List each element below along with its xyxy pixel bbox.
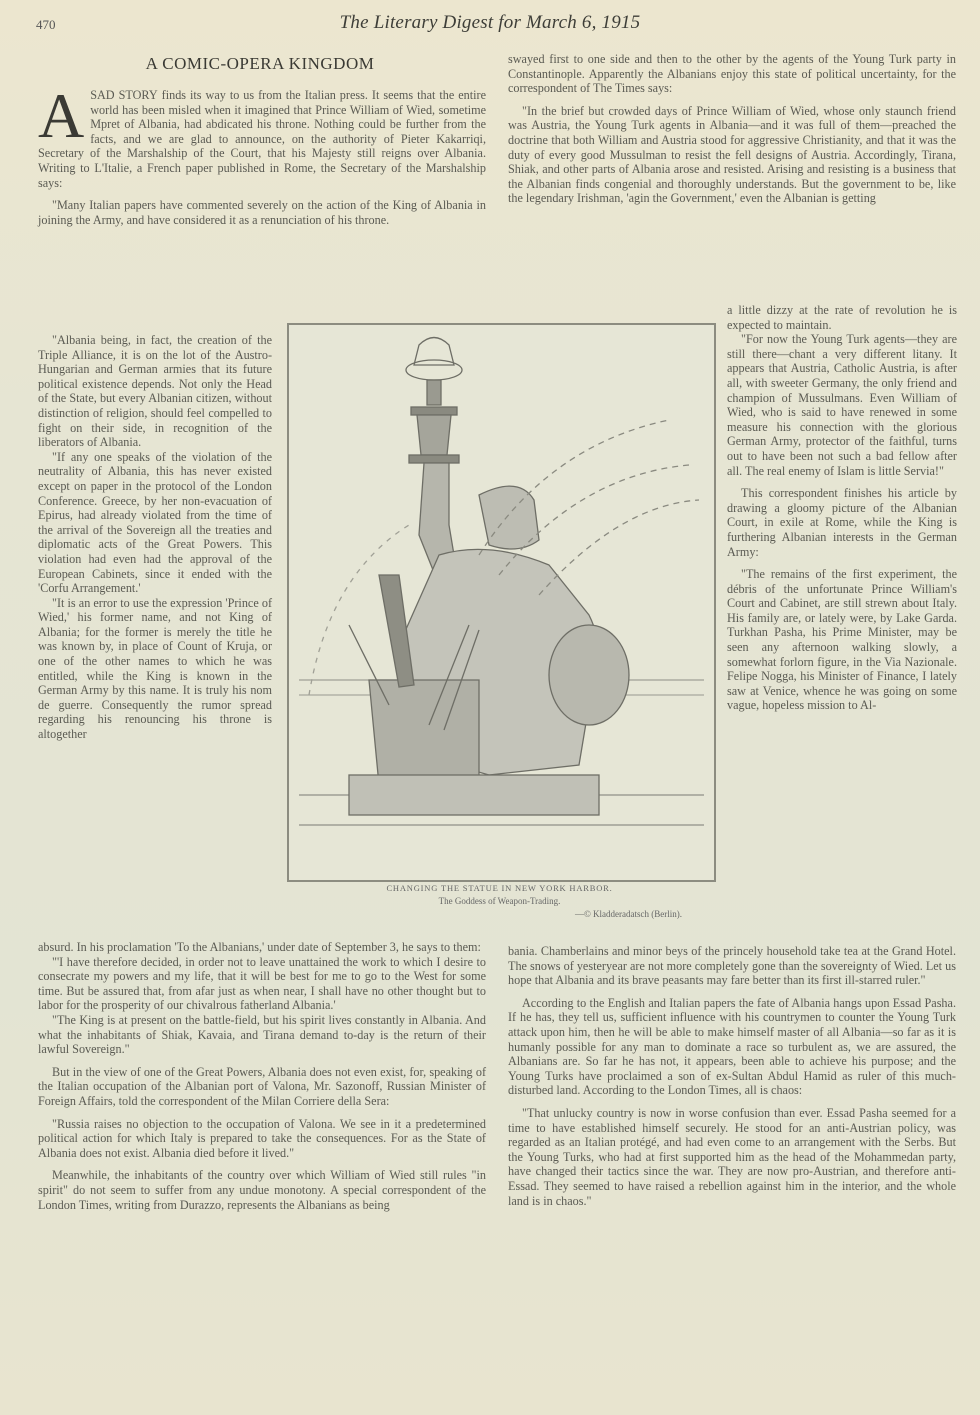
cartoon-illustration — [287, 323, 716, 882]
drop-cap: A — [38, 90, 84, 142]
paragraph: "In the brief but crowded days of Prince… — [508, 104, 956, 206]
paragraph: "The remains of the first experiment, th… — [727, 567, 957, 713]
left-column-bottom: absurd. In his proclamation 'To the Alba… — [38, 940, 486, 1212]
statue-cartoon-icon — [289, 325, 714, 880]
paragraph: swayed first to one side and then to the… — [508, 52, 956, 96]
paragraph: "'I have therefore decided, in order not… — [38, 955, 486, 1013]
paragraph: This correspondent finishes his article … — [727, 486, 957, 559]
right-column-bottom: bania. Chamberlains and minor beys of th… — [508, 944, 956, 1208]
caption-title: CHANGING THE STATUE IN NEW YORK HARBOR. — [287, 882, 712, 895]
paragraph: "The King is at present on the battle-fi… — [38, 1013, 486, 1057]
paragraph: Meanwhile, the inhabitants of the countr… — [38, 1168, 486, 1212]
caption-credit: —© Kladderadatsch (Berlin). — [287, 908, 712, 921]
paragraph: "That unlucky country is now in worse co… — [508, 1106, 956, 1208]
right-column-top: swayed first to one side and then to the… — [508, 52, 956, 206]
figure-caption: CHANGING THE STATUE IN NEW YORK HARBOR. … — [287, 882, 712, 921]
lead-paragraph: A SAD STORY finds its way to us from the… — [38, 88, 486, 190]
paragraph: bania. Chamberlains and minor beys of th… — [508, 944, 956, 988]
paragraph: But in the view of one of the Great Powe… — [38, 1065, 486, 1109]
left-column-narrow: "Albania being, in fact, the creation of… — [38, 333, 272, 742]
left-column-top: A SAD STORY finds its way to us from the… — [38, 88, 486, 227]
paragraph: "For now the Young Turk agents—they are … — [727, 332, 957, 478]
paragraph: "If any one speaks of the violation of t… — [38, 450, 272, 596]
right-column-narrow: a little dizzy at the rate of revolution… — [727, 303, 957, 713]
paragraph: "Russia raises no objection to the occup… — [38, 1117, 486, 1161]
paragraph: "Albania being, in fact, the creation of… — [38, 333, 272, 450]
article-title: A COMIC-OPERA KINGDOM — [40, 54, 480, 74]
paragraph: According to the English and Italian pap… — [508, 996, 956, 1098]
paragraph: "Many Italian papers have commented seve… — [38, 198, 486, 227]
running-title: The Literary Digest for March 6, 1915 — [0, 12, 980, 34]
paragraph: a little dizzy at the rate of revolution… — [727, 303, 957, 332]
caption-subtitle: The Goddess of Weapon-Trading. — [287, 895, 712, 908]
paragraph: "It is an error to use the expression 'P… — [38, 596, 272, 742]
paragraph: absurd. In his proclamation 'To the Alba… — [38, 940, 486, 955]
